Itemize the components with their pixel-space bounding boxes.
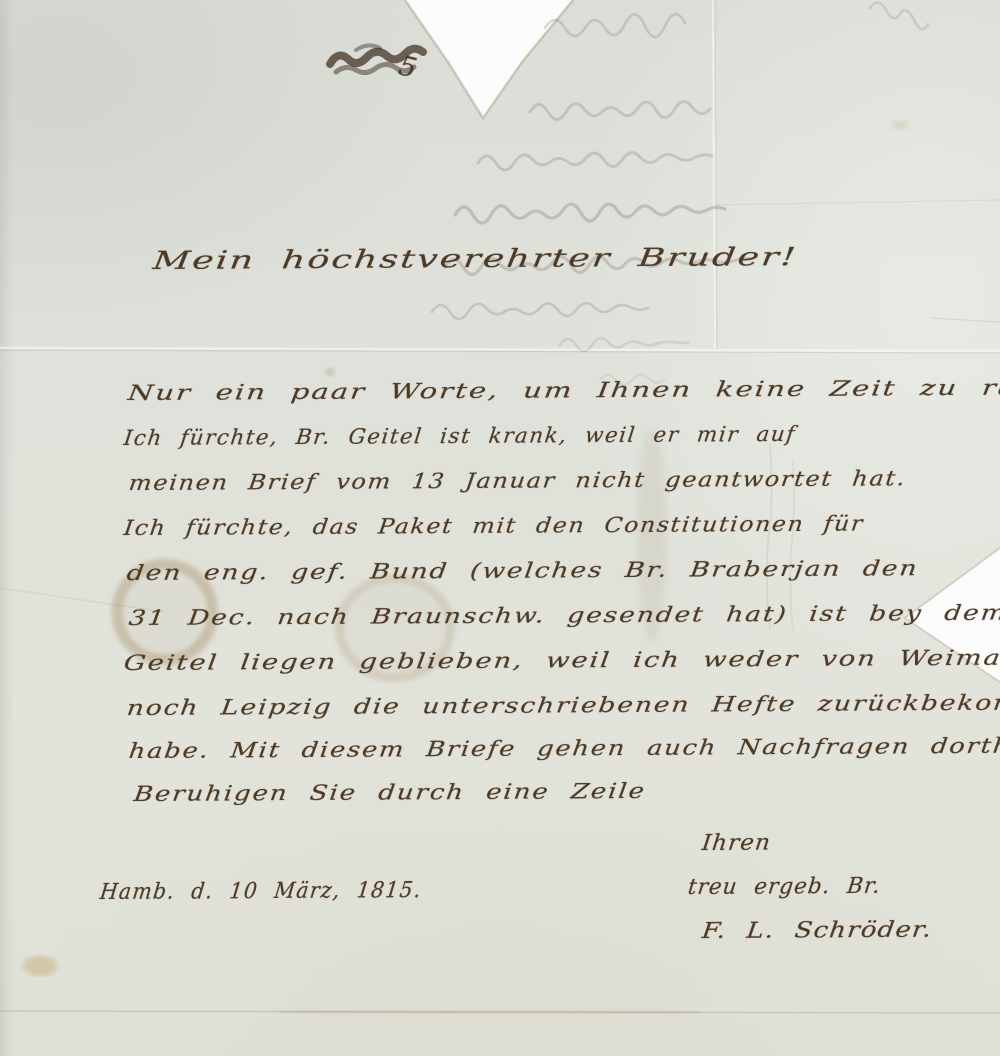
body-line: meinen Brief vom 13 Januar nicht geantwo… [128, 466, 908, 495]
letter-photograph: 5 Mein höchstverehrter Bruder! Nur ein p… [0, 0, 1000, 1056]
body-line: den eng. gef. Bund (welches Br. Braberja… [126, 556, 920, 585]
body-line: Ich fürchte, das Paket mit den Constitut… [123, 511, 866, 540]
dateline: Hamb. d. 10 März, 1815. [99, 878, 424, 905]
signature-line: F. L. Schröder. [701, 918, 934, 944]
body-line: Ich fürchte, Br. Geitel ist krank, weil … [123, 422, 798, 450]
body-line: Beruhigen Sie durch eine Zeile [133, 779, 648, 806]
salutation-line: Mein höchstverehrter Bruder! [151, 242, 799, 275]
closing-line: treu ergeb. Br. [687, 874, 883, 900]
closing-line: Ihren [701, 831, 773, 856]
